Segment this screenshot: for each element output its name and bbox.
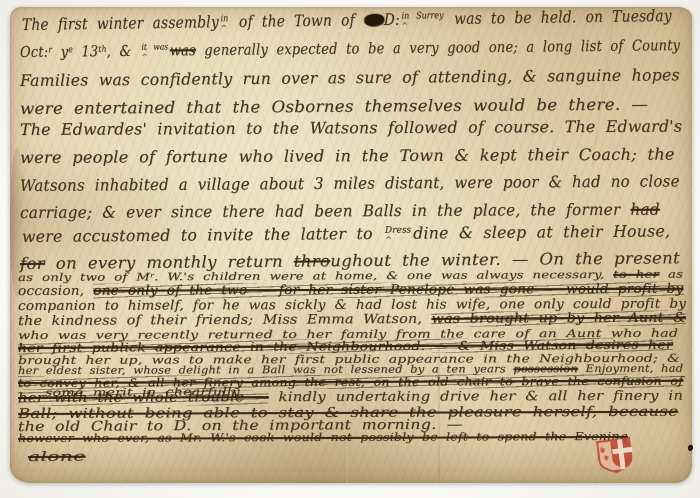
interlinear-insertion: in Surrey xyxy=(400,10,445,22)
interlinear-insertion: in xyxy=(219,13,230,24)
manuscript-line-24: however who ever, as Mr. W.'s cook would… xyxy=(18,430,628,445)
red-shield-library-stamp xyxy=(593,435,637,478)
struck-text: however who ever, as Mr. W.'s cook would… xyxy=(18,430,628,445)
handwriting-text: 13 xyxy=(73,42,99,60)
handwriting-text: were entertained that the Osbornes thems… xyxy=(20,95,648,118)
manuscript-line-25: alone xyxy=(28,450,86,465)
handwriting-text: on every monthly return xyxy=(45,252,294,273)
handwriting-text: D: xyxy=(384,10,400,29)
manuscript-page: The first winter assemblyin of the Town … xyxy=(10,7,692,483)
manuscript-line-7: Watsons inhabited a village about 3 mile… xyxy=(20,171,680,195)
manuscript-line-4: were entertained that the Osbornes thems… xyxy=(20,95,648,118)
struck-text: for xyxy=(20,254,45,273)
handwriting-text: kindly undertaking drive her & all her f… xyxy=(269,389,683,405)
handwriting-text: The first winter assembly xyxy=(22,12,219,34)
handwriting-text: Families was confidently run over as sur… xyxy=(20,65,680,90)
handwriting-text: was to be held. on Tuesday xyxy=(445,6,672,28)
struck-text: thro xyxy=(294,251,331,270)
handwriting-text: carriage; & ever since there had been Ba… xyxy=(20,200,631,222)
handwriting-text: of the Town of xyxy=(230,10,364,31)
handwriting-text: as xyxy=(659,269,683,281)
struck-text: to her xyxy=(613,269,659,281)
struck-text: alone xyxy=(28,450,86,465)
handwriting-text: The Edwardes' invitation to the Watsons … xyxy=(20,117,682,139)
interlinear-insertion: it was xyxy=(140,42,170,52)
manuscript-line-2: Oct:r ye 13th, & it waswas generally exp… xyxy=(20,36,680,61)
handwriting-text: as only two of M xyxy=(18,271,150,284)
handwriting-text: . W.'s children were at home, & one was … xyxy=(154,269,613,283)
handwriting-text: generally expected to be a very good one… xyxy=(196,36,680,59)
handwriting-text: Oct: xyxy=(20,43,49,61)
manuscript-line-8: carriage; & ever since there had been Ba… xyxy=(20,200,660,222)
scribbled-out-text: was brought up by her Aunt & xyxy=(431,311,686,327)
scribbled-out-text: her with the whole trouble — xyxy=(18,390,269,406)
interlinear-insertion: Dress xyxy=(383,224,413,235)
handwriting-text: Watsons inhabited a village about 3 mile… xyxy=(20,171,680,195)
manuscript-line-3: Families was confidently run over as sur… xyxy=(20,65,680,90)
handwriting-text: occasion, xyxy=(18,284,93,299)
manuscript-line-5: The Edwardes' invitation to the Watsons … xyxy=(20,117,682,139)
manuscript-line-9: were accustomed to invite the latter to … xyxy=(22,221,670,246)
handwriting-text: , & xyxy=(107,42,140,60)
handwriting-text: the kindness of their friends; Miss Emma… xyxy=(18,312,432,329)
handwriting-text: dine & sleep at their House, xyxy=(413,221,670,242)
superscript-text: th xyxy=(98,45,106,55)
handwriting-text: were people of fortune who lived in the … xyxy=(20,145,675,167)
struck-text: was xyxy=(170,41,196,59)
handwriting-text: were accustomed to invite the latter to xyxy=(22,224,383,246)
ink-blot xyxy=(364,14,384,26)
handwriting-text: y xyxy=(52,42,68,60)
struck-text: had xyxy=(630,200,660,219)
manuscript-line-6: were people of fortune who lived in the … xyxy=(20,145,675,167)
handwriting-text: ughout the winter. — On the present xyxy=(330,248,680,270)
manuscript-line-1: The first winter assemblyin of the Town … xyxy=(22,6,672,34)
